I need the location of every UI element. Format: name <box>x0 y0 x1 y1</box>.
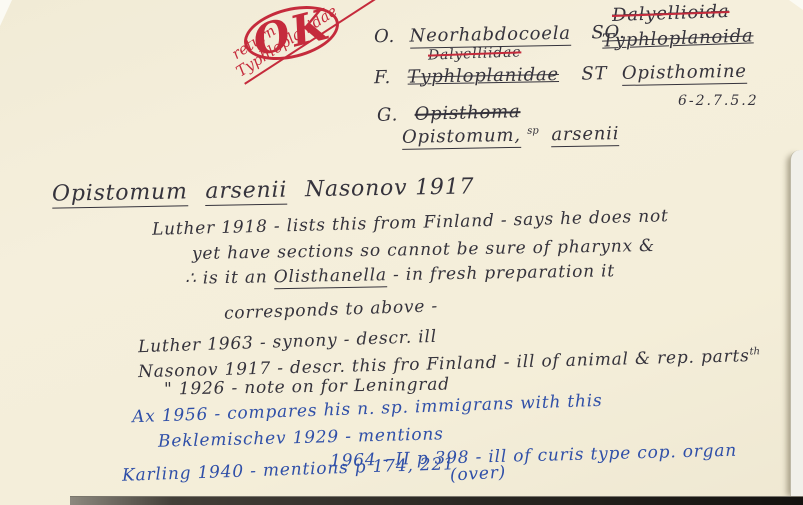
classification-code: 6-2.7.5.2 <box>678 93 759 109</box>
title-genus: Opistomum <box>52 179 188 208</box>
note-olisthanella: ∴ is it an Olisthanella - in fresh prepa… <box>185 261 615 289</box>
card-title: Opistomum arsenii Nasonov 1917 <box>52 174 475 206</box>
title-species: arsenii <box>205 178 287 206</box>
scan-corner-top-left <box>0 0 12 26</box>
note-corresponds: corresponds to above - <box>224 296 439 323</box>
scan-corner-top-right <box>789 0 803 10</box>
suborder-crossed-dalyellioida: Dalyellioida <box>612 1 730 26</box>
note-olisthanella-taxon: Olisthanella <box>274 265 387 289</box>
genus-sp-superscript: sp <box>527 126 539 137</box>
genus-current: Opistomum, <box>402 125 521 150</box>
red-annotation: return Typhloplanidae <box>224 0 377 84</box>
scan-bottom-edge <box>70 496 803 505</box>
family-crossed-dalyelliidae: Dalyelliidae <box>428 44 522 63</box>
genus-prefix: G. <box>377 104 399 126</box>
title-authority: Nasonov 1917 <box>305 174 475 202</box>
order-prefix: O. <box>374 26 395 47</box>
note-beklemischev-1929: Beklemischev 1929 - mentions <box>158 424 444 451</box>
family-crossed-typhloplanidae: Typhloplanidae <box>407 64 559 88</box>
note-luther-1918-cont: yet have sections so cannot be sure of p… <box>192 236 655 264</box>
taxonomy-order-line: O. Neorhabdocoela SO. <box>374 22 626 47</box>
subfamily-name: Opisthomine <box>622 61 747 86</box>
suborder-crossed-typhloplanoida: Typhloplanoida <box>602 25 754 51</box>
note-over: (over) <box>450 463 507 486</box>
note-nasonov-1926: " 1926 - note on for Leningrad <box>164 375 450 400</box>
note-luther-1918: Luther 1918 - lists this from Finland - … <box>152 206 669 240</box>
note-olisthanella-tail: - in fresh preparation it <box>387 261 615 285</box>
taxonomy-family-line: F. Typhloplanidae ST Opisthomine <box>374 61 747 89</box>
note-olisthanella-lead: ∴ is it an <box>185 267 274 289</box>
taxonomy-genus-line: G. Opisthoma <box>377 101 521 126</box>
underlying-card-edge <box>790 150 803 496</box>
note-luther-1963: Luther 1963 - synony - descr. ill <box>138 327 438 357</box>
index-card: OK return Typhloplanidae O. Neorhabdocoe… <box>0 0 803 505</box>
genus-crossed-opisthoma: Opisthoma <box>414 101 520 125</box>
note-nasonov-1917-sup: th <box>749 346 760 357</box>
taxonomy-current-name-line: Opistomum, sp arsenii <box>402 123 620 148</box>
species-current: arsenii <box>551 123 619 147</box>
subfamily-prefix: ST <box>581 63 607 84</box>
note-karling-1940: Karling 1940 - mentions p 174, 221 <box>122 454 455 486</box>
family-prefix: F. <box>374 67 391 88</box>
